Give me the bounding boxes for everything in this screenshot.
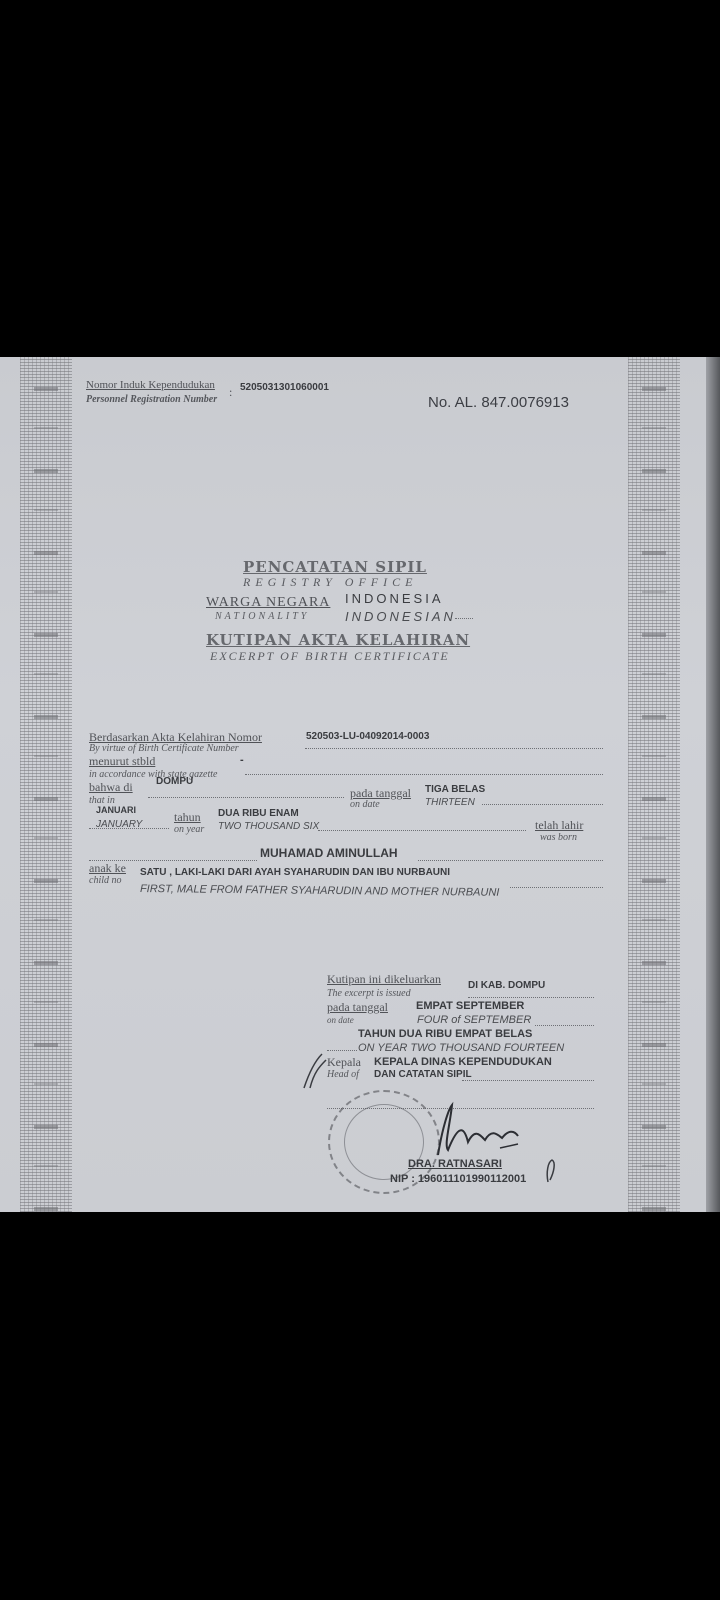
serial-number: No. AL. 847.0076913 [428, 394, 569, 411]
issue-date-value-en: FOUR of SEPTEMBER [417, 1014, 531, 1026]
child-no-label-en: child no [89, 875, 122, 886]
place-label: bahwa di [89, 781, 133, 794]
issue-year-value-en: ON YEAR TWO THOUSAND FOURTEEN [358, 1042, 564, 1054]
paraf-initial [300, 1052, 328, 1090]
initial-mark [544, 1158, 558, 1184]
nationality-value: INDONESIA [345, 591, 444, 606]
nik-value: 5205031301060001 [240, 382, 329, 393]
year-label-en: on year [174, 824, 204, 835]
stbld-label: menurut stbld [89, 755, 155, 768]
stbld-value: - [240, 754, 244, 766]
cert-number-label-en: By virtue of Birth Certificate Number [89, 743, 239, 754]
year-label: tahun [174, 811, 201, 824]
date-value: TIGA BELAS [425, 784, 485, 795]
official-name: DRA. RATNASARI [408, 1158, 502, 1170]
nik-label-en: Personnel Registration Number [86, 394, 217, 405]
document-title-en: EXCERPT OF BIRTH CERTIFICATE [210, 649, 450, 664]
colon: : [229, 386, 232, 399]
office-title-en: REGISTRY OFFICE [243, 575, 417, 590]
office-title: PENCATATAN SIPIL [243, 558, 427, 576]
nationality-value-en: INDONESIAN [345, 609, 456, 624]
issued-label: Kutipan ini dikeluarkan [327, 973, 441, 986]
child-description: SATU , LAKI-LAKI DARI AYAH SYAHARUDIN DA… [140, 867, 450, 878]
left-decorative-border [20, 357, 72, 1212]
issue-date-label: pada tanggal [327, 1001, 388, 1014]
head-value-2: DAN CATATAN SIPIL [374, 1069, 472, 1080]
head-label: Kepala [327, 1056, 361, 1069]
nationality-label: WARGA NEGARA [206, 596, 330, 609]
cert-number-value: 520503-LU-04092014-0003 [306, 731, 429, 742]
date-label-en: on date [350, 799, 380, 810]
issue-date-value: EMPAT SEPTEMBER [416, 1000, 524, 1012]
document-title: KUTIPAN AKTA KELAHIRAN [206, 631, 470, 649]
child-no-label: anak ke [89, 862, 126, 875]
paper-edge-shadow [706, 357, 720, 1212]
place-value: DOMPU [156, 776, 193, 787]
issue-date-label-en: on date [327, 1015, 354, 1025]
head-value: KEPALA DINAS KEPENDUDUKAN [374, 1056, 552, 1068]
date-value-en: THIRTEEN [425, 797, 475, 808]
signature [430, 1100, 530, 1160]
born-label-en: was born [540, 832, 577, 843]
year-value: DUA RIBU ENAM [218, 808, 299, 819]
stbld-label-en: in accordance with state gazette [89, 769, 218, 780]
month-value: JANUARI [96, 805, 136, 815]
right-decorative-border [628, 357, 680, 1212]
child-name: MUHAMAD AMINULLAH [260, 846, 398, 860]
official-nip: NIP : 196011101990112001 [390, 1173, 526, 1185]
born-label: telah lahir [535, 819, 583, 832]
issue-year-value: TAHUN DUA RIBU EMPAT BELAS [358, 1028, 532, 1040]
nationality-label-en: NATIONALITY [215, 611, 309, 622]
issued-label-en: The excerpt is issued [327, 988, 411, 999]
head-label-en: Head of [327, 1069, 359, 1080]
nik-label: Nomor Induk Kependudukan [86, 379, 215, 392]
year-value-en: TWO THOUSAND SIX [218, 821, 319, 832]
issued-place: DI KAB. DOMPU [468, 980, 545, 991]
